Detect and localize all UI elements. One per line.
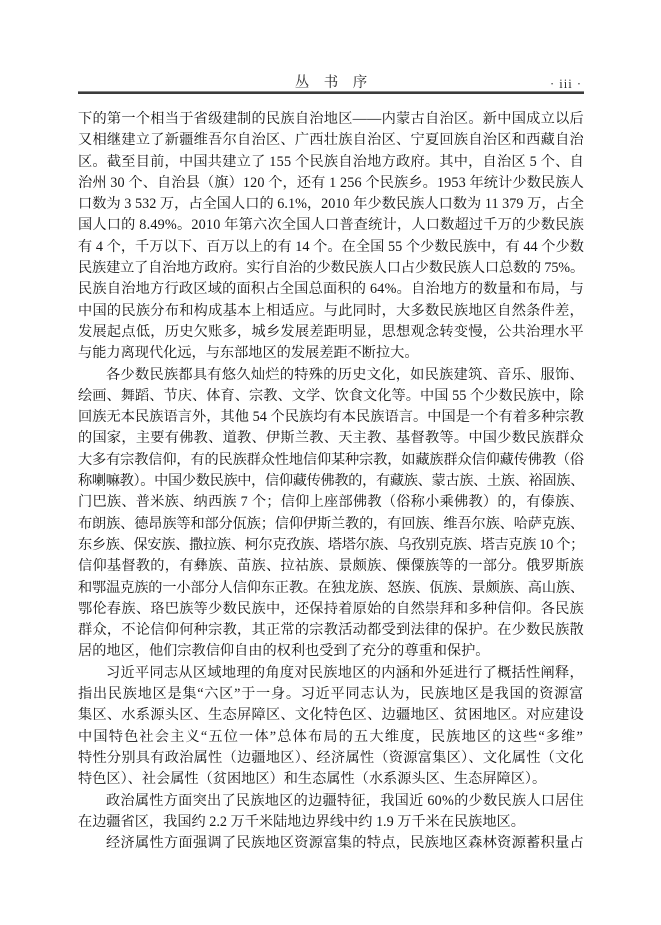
text-line: 各少数民族都具有悠久灿烂的特殊的历史文化，如民族建筑、音乐、服饰、 <box>78 365 584 386</box>
text-line: 指出民族地区是集“六区”于一身。习近平同志认为，民族地区是我国的资源富 <box>78 684 584 705</box>
text-line-content: 政治属性方面突出了民族地区的边疆特征，我国近 60%的少数民族人口居住 <box>106 793 584 809</box>
text-line: 门巴族、普米族、纳西族 7 个；信仰上座部佛教（俗称小乘佛教）的，有傣族、 <box>78 492 584 513</box>
text-line: 布朗族、德昂族等和部分佤族；信仰伊斯兰教的，有回族、维吾尔族、哈萨克族、 <box>78 514 584 535</box>
text-line: 政治属性方面突出了民族地区的边疆特征，我国近 60%的少数民族人口居住 <box>78 791 584 812</box>
running-header: 丛 书 序 · iii · <box>78 74 584 92</box>
text-line: 口数为 3 532 万，占全国人口的 6.1%，2010 年少数民族人口数为 1… <box>78 194 584 215</box>
header-rule <box>78 91 584 94</box>
text-line: 国人口的 8.49%。2010 年第六次全国人口普查统计，人口数超过千万的少数民… <box>78 215 584 236</box>
text-line-content: 特色区）、社会属性（贫困地区）和生态属性（水系源头区、生态屏障区）。 <box>78 771 546 787</box>
page-number: · iii · <box>550 76 582 92</box>
text-line: 中国的民族分布和构成基本上相适应。与此同时，大多数民族地区自然条件差， <box>78 301 584 322</box>
text-line: 的国家，主要有佛教、道教、伊斯兰教、天主教、基督教等。中国少数民族群众 <box>78 428 584 449</box>
text-line: 又相继建立了新疆维吾尔自治区、广西壮族自治区、宁夏回族自治区和西藏自治 <box>78 130 584 151</box>
text-line: 群众，不论信仰何种宗教，其正常的宗教活动都受到法律的保护。在少数民族散 <box>78 620 584 641</box>
text-line: 中国特色社会主义“五位一体”总体布局的五大维度，民族地区的这些“多维” <box>78 727 584 748</box>
text-line: 治州 30 个、自治县（旗）120 个，还有 1 256 个民族乡。1953 年… <box>78 173 584 194</box>
text-line-content: 回族无本民族语言外，其他 54 个民族均有本民族语言。中国是一个有着多种宗教 <box>78 409 584 425</box>
text-line: 有 4 个，千万以下、百万以上的有 14 个。在全国 55 个少数民族中，有 4… <box>78 237 584 258</box>
text-line-content: 民族建立了自治地方政府。实行自治的少数民族人口占少数民族人口总数的 75%。 <box>78 260 584 276</box>
text-line-content: 发展起点低，历史欠账多，城乡发展差距明显，思想观念转变慢，公共治理水平 <box>78 324 584 340</box>
text-line-content: 各少数民族都具有悠久灿烂的特殊的历史文化，如民族建筑、音乐、服饰、 <box>106 367 584 383</box>
text-line: 特性分别具有政治属性（边疆地区）、经济属性（资源富集区）、文化属性（文化 <box>78 748 584 769</box>
text-line-content: 经济属性方面强调了民族地区资源富集的特点，民族地区森林资源蓄积量占 <box>106 835 584 851</box>
text-line-content: 称喇嘛教）。中国少数民族中，信仰藏传佛教的，有藏族、蒙古族、土族、裕固族、 <box>78 473 584 489</box>
text-line: 与能力离现代化远，与东部地区的发展差距不断拉大。 <box>78 343 584 364</box>
text-line: 民族自治地方行政区域的面积占全国总面积的 64%。自治地方的数量和布局，与 <box>78 279 584 300</box>
text-line: 经济属性方面强调了民族地区资源富集的特点，民族地区森林资源蓄积量占 <box>78 833 584 854</box>
text-line: 民族建立了自治地方政府。实行自治的少数民族人口占少数民族人口总数的 75%。 <box>78 258 584 279</box>
text-line: 回族无本民族语言外，其他 54 个民族均有本民族语言。中国是一个有着多种宗教 <box>78 407 584 428</box>
text-line-content: 集区、水系源头区、生态屏障区、文化特色区、边疆地区、贫困地区。对应建设 <box>78 707 584 723</box>
text-line-content: 鄂伦春族、珞巴族等少数民族中，还保持着原始的自然崇拜和多种信仰。各民族 <box>78 601 584 617</box>
text-line: 信仰基督教的，有彝族、苗族、拉祜族、景颇族、傈僳族等的一部分。俄罗斯族 <box>78 556 584 577</box>
header-title: 丛 书 序 <box>78 74 584 92</box>
text-line-content: 在边疆省区，我国约 2.2 万千米陆地边界线中约 1.9 万千米在民族地区。 <box>78 814 525 830</box>
text-line-content: 治州 30 个、自治县（旗）120 个，还有 1 256 个民族乡。1953 年… <box>78 175 584 191</box>
text-line-content: 绘画、舞蹈、节庆、体育、宗教、文学、饮食文化等。中国 55 个少数民族中，除 <box>78 388 584 404</box>
text-line: 发展起点低，历史欠账多，城乡发展差距明显，思想观念转变慢，公共治理水平 <box>78 322 584 343</box>
text-line: 称喇嘛教）。中国少数民族中，信仰藏传佛教的，有藏族、蒙古族、土族、裕固族、 <box>78 471 584 492</box>
text-line-content: 又相继建立了新疆维吾尔自治区、广西壮族自治区、宁夏回族自治区和西藏自治 <box>78 132 584 148</box>
page-body: 下的第一个相当于省级建制的民族自治地区——内蒙古自治区。新中国成立以后又相继建立… <box>78 109 584 854</box>
text-line-content: 与能力离现代化远，与东部地区的发展差距不断拉大。 <box>78 345 419 361</box>
text-line-content: 指出民族地区是集“六区”于一身。习近平同志认为，民族地区是我国的资源富 <box>78 686 584 702</box>
text-line-content: 东乡族、保安族、撒拉族、柯尔克孜族、塔塔尔族、乌孜别克族、塔吉克族 10 个； <box>78 537 584 553</box>
text-line: 大多有宗教信仰，有的民族群众性地信仰某种宗教，如藏族群众信仰藏传佛教（俗 <box>78 450 584 471</box>
text-line-content: 特性分别具有政治属性（边疆地区）、经济属性（资源富集区）、文化属性（文化 <box>78 750 584 766</box>
text-line: 和鄂温克族的一小部分人信仰东正教。在独龙族、怒族、佤族、景颇族、高山族、 <box>78 578 584 599</box>
text-line: 在边疆省区，我国约 2.2 万千米陆地边界线中约 1.9 万千米在民族地区。 <box>78 812 584 833</box>
text-line: 东乡族、保安族、撒拉族、柯尔克孜族、塔塔尔族、乌孜别克族、塔吉克族 10 个； <box>78 535 584 556</box>
text-line-content: 中国的民族分布和构成基本上相适应。与此同时，大多数民族地区自然条件差， <box>78 303 584 319</box>
text-line-content: 居的地区，他们宗教信仰自由的权利也受到了充分的尊重和保护。 <box>78 643 489 659</box>
text-line-content: 信仰基督教的，有彝族、苗族、拉祜族、景颇族、傈僳族等的一部分。俄罗斯族 <box>78 558 584 574</box>
text-line: 鄂伦春族、珞巴族等少数民族中，还保持着原始的自然崇拜和多种信仰。各民族 <box>78 599 584 620</box>
text-line-content: 民族自治地方行政区域的面积占全国总面积的 64%。自治地方的数量和布局，与 <box>78 281 584 297</box>
book-page: 丛 书 序 · iii · 下的第一个相当于省级建制的民族自治地区——内蒙古自治… <box>0 0 661 925</box>
text-line-content: 下的第一个相当于省级建制的民族自治地区——内蒙古自治区。新中国成立以后 <box>78 111 584 127</box>
text-line-content: 国人口的 8.49%。2010 年第六次全国人口普查统计，人口数超过千万的少数民… <box>78 217 584 233</box>
text-line-content: 中国特色社会主义“五位一体”总体布局的五大维度，民族地区的这些“多维” <box>78 729 584 745</box>
text-line-content: 的国家，主要有佛教、道教、伊斯兰教、天主教、基督教等。中国少数民族群众 <box>78 430 584 446</box>
text-line: 特色区）、社会属性（贫困地区）和生态属性（水系源头区、生态屏障区）。 <box>78 769 584 790</box>
text-line-content: 口数为 3 532 万，占全国人口的 6.1%，2010 年少数民族人口数为 1… <box>78 196 584 212</box>
text-line-content: 大多有宗教信仰，有的民族群众性地信仰某种宗教，如藏族群众信仰藏传佛教（俗 <box>78 452 584 468</box>
text-line: 集区、水系源头区、生态屏障区、文化特色区、边疆地区、贫困地区。对应建设 <box>78 705 584 726</box>
text-line-content: 和鄂温克族的一小部分人信仰东正教。在独龙族、怒族、佤族、景颇族、高山族、 <box>78 580 584 596</box>
text-line-content: 有 4 个，千万以下、百万以上的有 14 个。在全国 55 个少数民族中，有 4… <box>78 239 584 255</box>
text-line-content: 布朗族、德昂族等和部分佤族；信仰伊斯兰教的，有回族、维吾尔族、哈萨克族、 <box>78 516 584 532</box>
text-line-content: 区。截至目前，中国共建立了 155 个民族自治地方政府。其中，自治区 5 个、自 <box>78 154 584 170</box>
text-line-content: 门巴族、普米族、纳西族 7 个；信仰上座部佛教（俗称小乘佛教）的，有傣族、 <box>78 494 584 510</box>
text-line: 区。截至目前，中国共建立了 155 个民族自治地方政府。其中，自治区 5 个、自 <box>78 152 584 173</box>
text-line: 绘画、舞蹈、节庆、体育、宗教、文学、饮食文化等。中国 55 个少数民族中，除 <box>78 386 584 407</box>
text-line: 习近平同志从区域地理的角度对民族地区的内涵和外延进行了概括性阐释， <box>78 663 584 684</box>
text-line: 居的地区，他们宗教信仰自由的权利也受到了充分的尊重和保护。 <box>78 641 584 662</box>
text-line: 下的第一个相当于省级建制的民族自治地区——内蒙古自治区。新中国成立以后 <box>78 109 584 130</box>
text-line-content: 习近平同志从区域地理的角度对民族地区的内涵和外延进行了概括性阐释， <box>106 665 584 681</box>
text-line-content: 群众，不论信仰何种宗教，其正常的宗教活动都受到法律的保护。在少数民族散 <box>78 622 584 638</box>
